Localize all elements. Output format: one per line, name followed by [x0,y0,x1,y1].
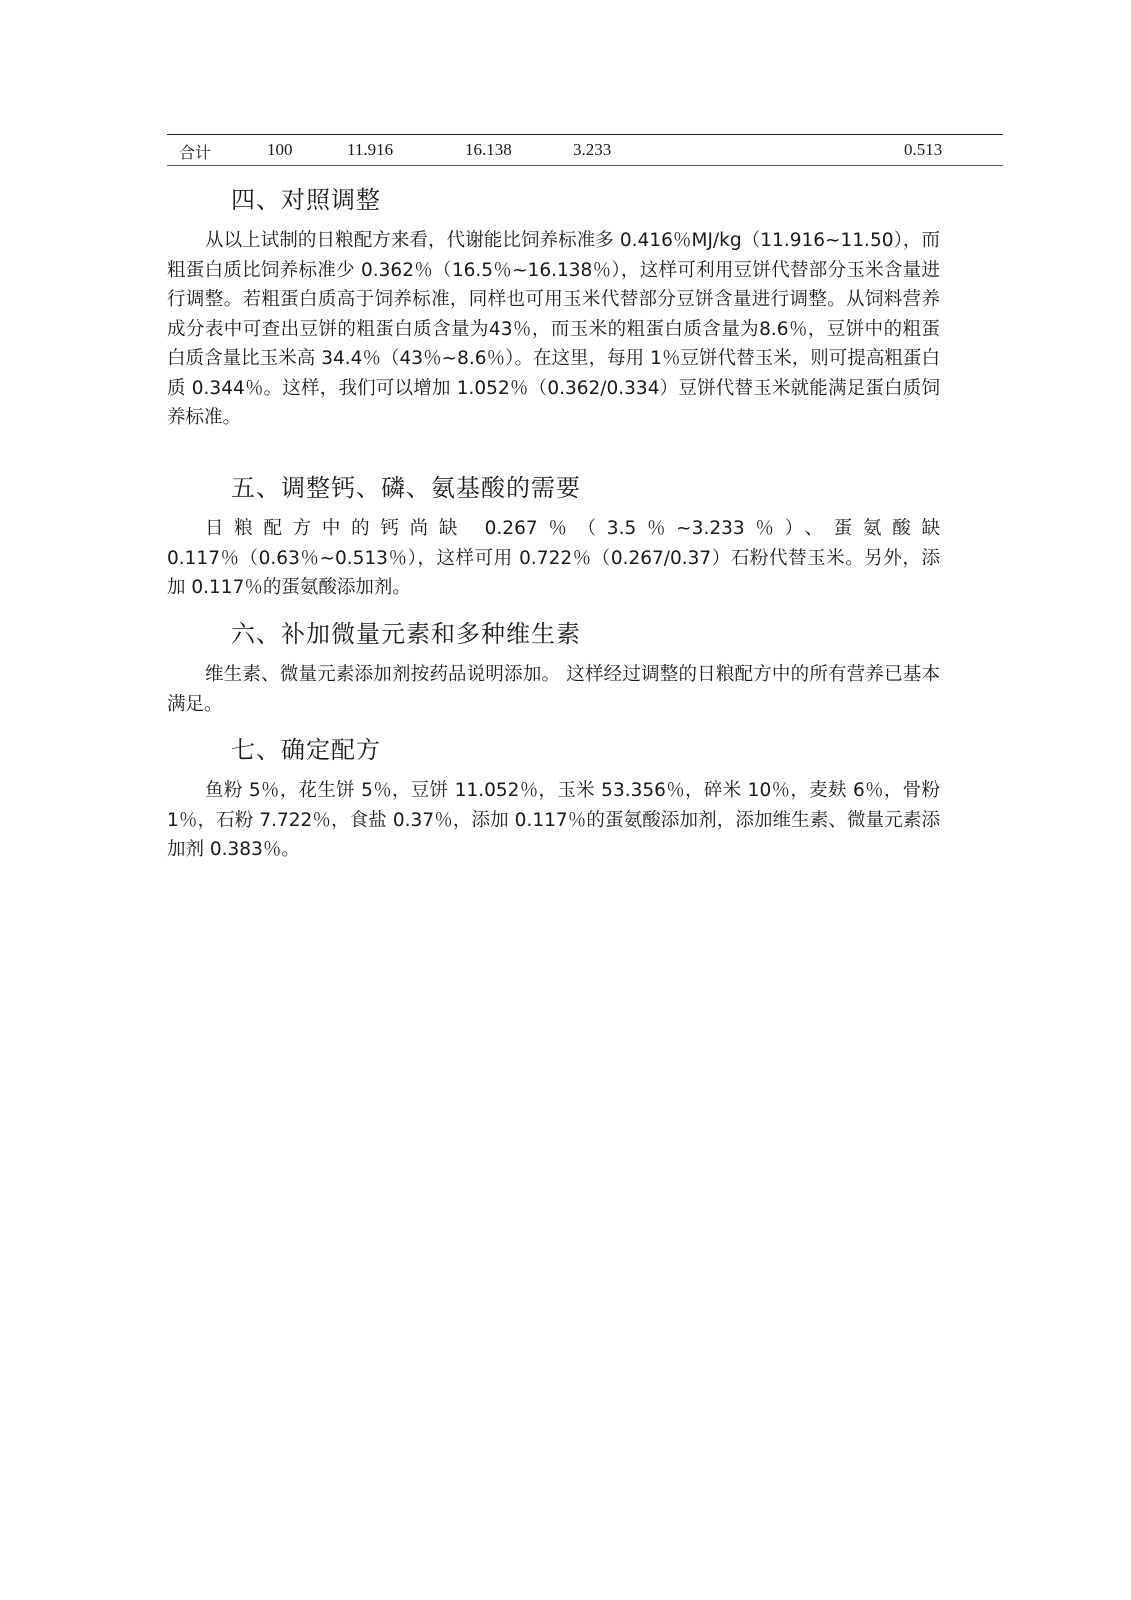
section-heading-7: 七、确定配方 [231,730,381,765]
section-heading-6: 六、补加微量元素和多种维生素 [231,614,581,649]
total-calcium: 3.233 [573,140,611,160]
section-paragraph-7: 鱼粉 5％，花生饼 5％，豆饼 11.052％，玉米 53.356％，碎米 10… [167,776,940,865]
section-heading-5: 五、调整钙、磷、氨基酸的需要 [231,468,581,503]
total-label: 合计 [179,140,211,163]
total-percent: 100 [267,140,293,160]
total-methionine: 0.513 [904,140,942,160]
table-row-total: 合计 100 11.916 16.138 3.233 0.513 [167,135,1003,165]
section-heading-4: 四、对照调整 [231,180,381,215]
total-protein: 16.138 [465,140,512,160]
total-energy: 11.916 [347,140,393,160]
nutrient-table: 合计 100 11.916 16.138 3.233 0.513 [167,134,1003,166]
section-paragraph-4: 从以上试制的日粮配方来看，代谢能比饲养标准多 0.416％MJ/kg（11.91… [167,226,940,433]
section-paragraph-6: 维生素、微量元素添加剂按药品说明添加。 这样经过调整的日粮配方中的所有营养已基本… [167,660,940,719]
section-paragraph-5: 日粮配方中的钙尚缺 0.267％（3.5％~3.233％）、蛋氨酸缺 0.117… [167,514,940,603]
